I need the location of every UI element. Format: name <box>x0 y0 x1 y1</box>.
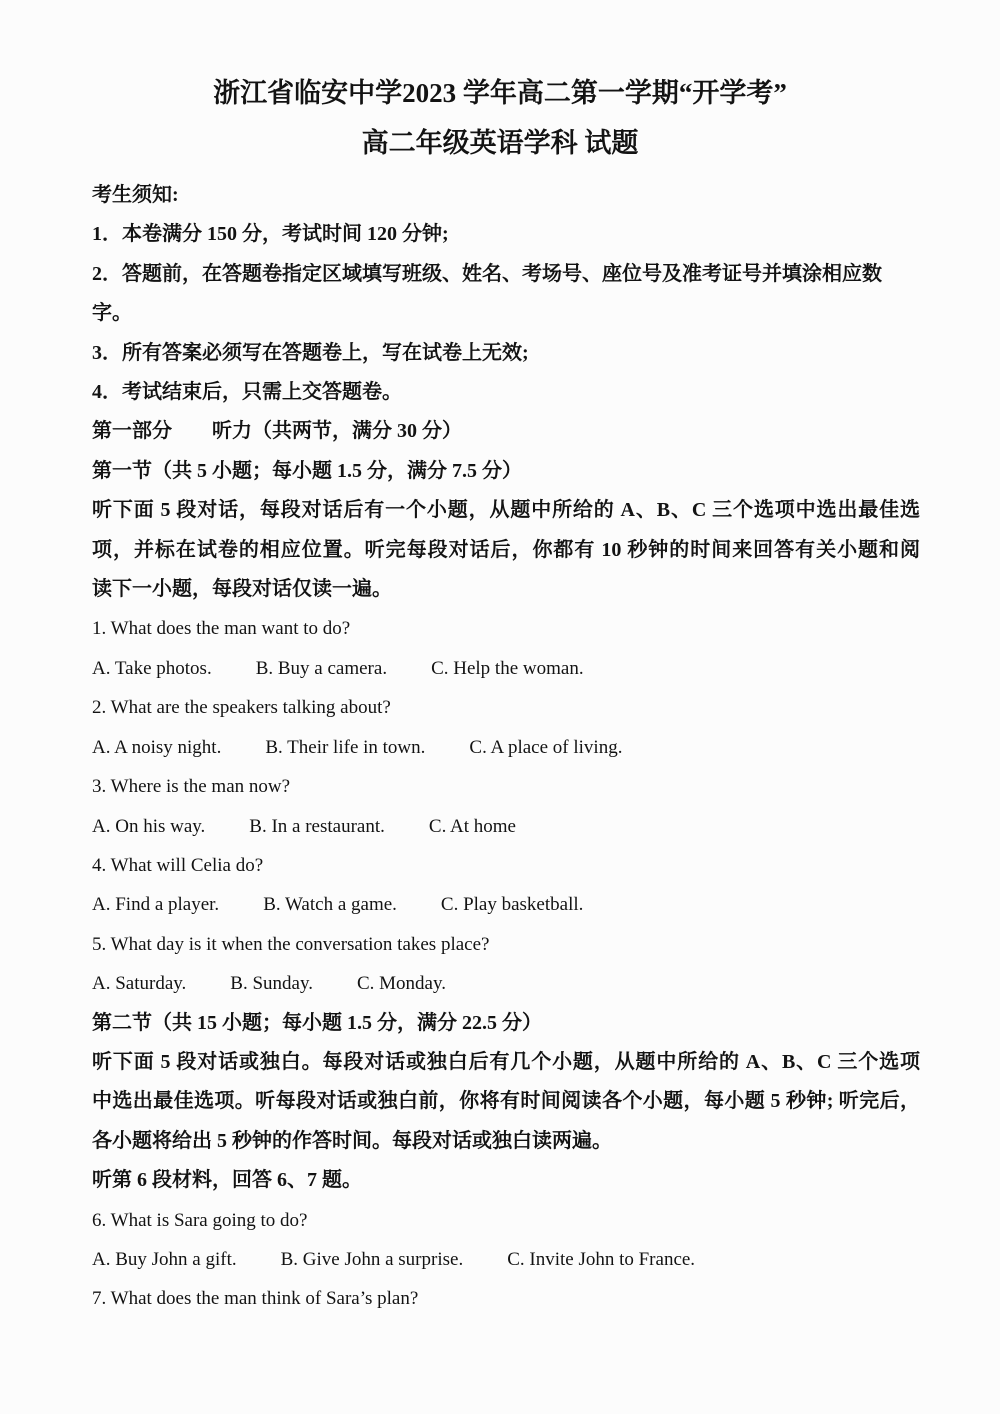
question-4-options: A. Find a player. B. Watch a game. C. Pl… <box>92 885 920 924</box>
question-6-option-c: C. Invite John to France. <box>507 1240 695 1279</box>
exam-paper-page: 浙江省临安中学2023 学年高二第一学期“开学考” 高二年级英语学科 试题 考生… <box>0 0 1000 1414</box>
exam-title-line2: 高二年级英语学科 试题 <box>0 118 1000 168</box>
question-7-text: 7. What does the man think of Sara’s pla… <box>92 1279 920 1318</box>
notice-item-4: 4．考试结束后，只需上交答题卷。 <box>92 373 920 412</box>
question-4-option-c: C. Play basketball. <box>441 885 583 924</box>
question-3-option-b: B. In a restaurant. <box>249 807 385 846</box>
question-1-text: 1. What does the man want to do? <box>92 609 920 648</box>
question-5-options: A. Saturday. B. Sunday. C. Monday. <box>92 964 920 1003</box>
section2-instructions-line1: 听下面 5 段对话或独白。每段对话或独白后有几个小题，从题中所给的 A、B、C … <box>92 1043 920 1082</box>
question-2-option-c: C. A place of living. <box>469 728 622 767</box>
exam-body: 考生须知: 1．本卷满分 150 分，考试时间 120 分钟; 2．答题前，在答… <box>0 168 1000 1319</box>
question-3-option-c: C. At home <box>429 807 516 846</box>
question-5-option-c: C. Monday. <box>357 964 446 1003</box>
question-6-text: 6. What is Sara going to do? <box>92 1201 920 1240</box>
question-3-options: A. On his way. B. In a restaurant. C. At… <box>92 807 920 846</box>
notice-item-1: 1．本卷满分 150 分，考试时间 120 分钟; <box>92 215 920 254</box>
question-4-text: 4. What will Celia do? <box>92 846 920 885</box>
exam-title-line1: 浙江省临安中学2023 学年高二第一学期“开学考” <box>0 68 1000 118</box>
question-4-option-b: B. Watch a game. <box>263 885 397 924</box>
section1-instructions-line3: 读下一小题，每段对话仅读一遍。 <box>92 570 920 609</box>
question-6-options: A. Buy John a gift. B. Give John a surpr… <box>92 1240 920 1279</box>
question-6-option-a: A. Buy John a gift. <box>92 1240 237 1279</box>
question-2-options: A. A noisy night. B. Their life in town.… <box>92 728 920 767</box>
question-1-options: A. Take photos. B. Buy a camera. C. Help… <box>92 649 920 688</box>
question-1-option-c: C. Help the woman. <box>431 649 584 688</box>
section2-instructions-line3: 各小题将给出 5 秒钟的作答时间。每段对话或独白读两遍。 <box>92 1122 920 1161</box>
section1-instructions-line1: 听下面 5 段对话，每段对话后有一个小题，从题中所给的 A、B、C 三个选项中选… <box>92 491 920 530</box>
notice-item-3: 3．所有答案必须写在答题卷上，写在试卷上无效; <box>92 334 920 373</box>
exam-title-block: 浙江省临安中学2023 学年高二第一学期“开学考” 高二年级英语学科 试题 <box>0 0 1000 168</box>
section2-header: 第二节（共 15 小题；每小题 1.5 分，满分 22.5 分） <box>92 1004 920 1043</box>
question-5-option-a: A. Saturday. <box>92 964 186 1003</box>
part1-header: 第一部分 听力（共两节，满分 30 分） <box>92 412 920 451</box>
question-5-text: 5. What day is it when the conversation … <box>92 925 920 964</box>
section2-instructions-line2: 中选出最佳选项。听每段对话或独白前，你将有时间阅读各个小题，每小题 5 秒钟; … <box>92 1082 920 1121</box>
question-2-option-b: B. Their life in town. <box>265 728 425 767</box>
question-1-option-a: A. Take photos. <box>92 649 212 688</box>
question-3-option-a: A. On his way. <box>92 807 205 846</box>
question-5-option-b: B. Sunday. <box>230 964 313 1003</box>
notice-header: 考生须知: <box>92 176 920 215</box>
material-6-header: 听第 6 段材料，回答 6、7 题。 <box>92 1161 920 1200</box>
notice-item-2: 2．答题前，在答题卷指定区域填写班级、姓名、考场号、座位号及准考证号并填涂相应数… <box>92 255 920 334</box>
question-6-option-b: B. Give John a surprise. <box>281 1240 464 1279</box>
question-2-option-a: A. A noisy night. <box>92 728 221 767</box>
question-3-text: 3. Where is the man now? <box>92 767 920 806</box>
question-2-text: 2. What are the speakers talking about? <box>92 688 920 727</box>
section1-header: 第一节（共 5 小题；每小题 1.5 分，满分 7.5 分） <box>92 452 920 491</box>
question-4-option-a: A. Find a player. <box>92 885 219 924</box>
section1-instructions-line2: 项，并标在试卷的相应位置。听完每段对话后，你都有 10 秒钟的时间来回答有关小题… <box>92 531 920 570</box>
question-1-option-b: B. Buy a camera. <box>256 649 387 688</box>
